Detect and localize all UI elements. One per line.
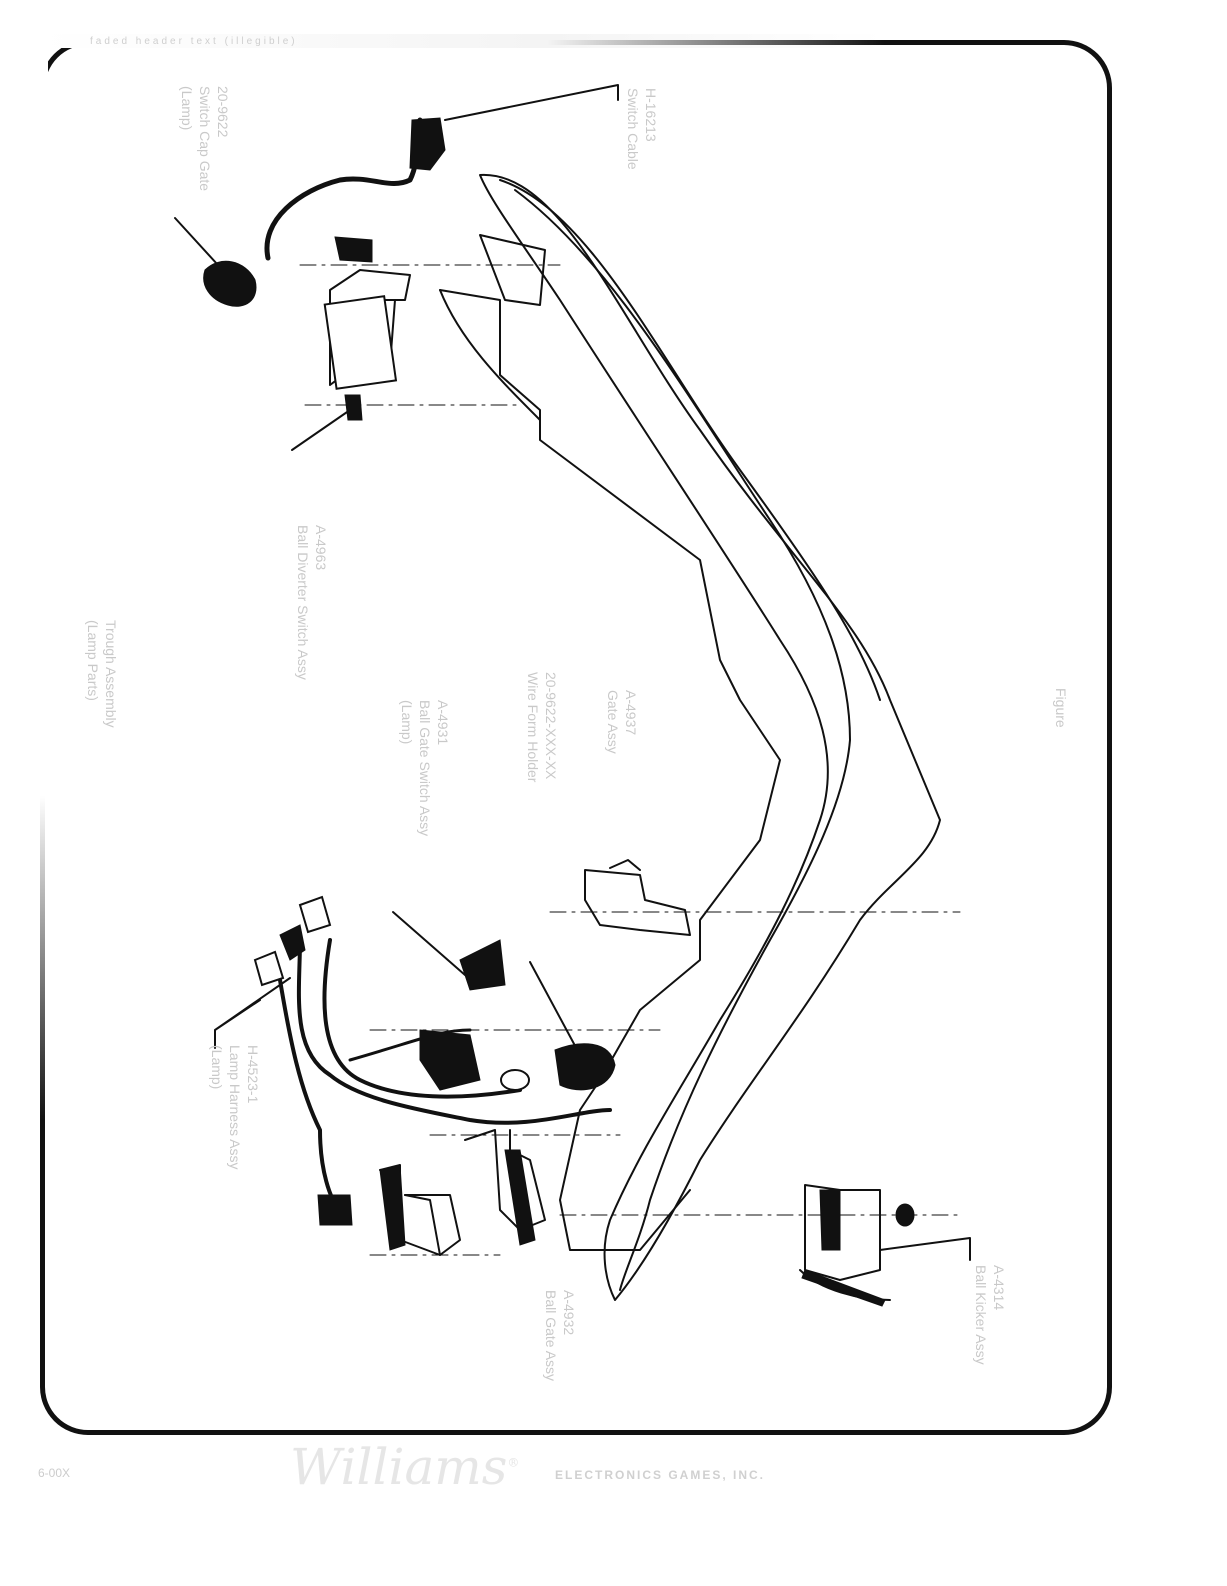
- bracket-dark-plate: [380, 1165, 405, 1250]
- gate-bracket-dark: [460, 940, 505, 990]
- center-bracket: [585, 870, 690, 935]
- brand-mark: ®: [507, 1455, 519, 1469]
- lower-switch-body: [318, 1195, 352, 1225]
- label-figure: Figure: [1052, 688, 1070, 728]
- ball-kicker-frame: [805, 1185, 880, 1280]
- switch-cap: [204, 261, 256, 306]
- switch-cable-connector: [410, 118, 445, 170]
- harness-connector-2: [300, 897, 330, 932]
- diverter-switch-block: [335, 237, 372, 262]
- trough-wall-plate: [440, 290, 780, 1250]
- label-ball-diverter-switch: A-4963 Ball Diverter Switch Assy: [294, 525, 330, 680]
- label-ball-kicker: A-4314 Ball Kicker Assy: [972, 1265, 1008, 1365]
- label-wire-form: 20-9622-XXX-XX Wire Form Holder: [524, 672, 560, 782]
- gate-switch-body: [420, 1030, 480, 1090]
- footer-company-name: ELECTRONICS GAMES, INC.: [555, 1468, 765, 1482]
- label-trough-assembly: Trough Assembly (Lamp Parts): [84, 620, 120, 728]
- gate-assy-bracket: [465, 1130, 545, 1230]
- trough-inner-edge-2: [515, 190, 850, 1290]
- diverter-switch-housing: [325, 296, 396, 389]
- lamp-socket: [555, 1044, 615, 1090]
- label-switch-cable: H-16213 Switch Cable: [624, 88, 660, 170]
- kicker-spring: [802, 1270, 885, 1306]
- label-ball-gate-switch: A-4931 Ball Gate Switch Assy (Lamp): [398, 700, 452, 836]
- footer-page-number: 6-00X: [38, 1466, 70, 1480]
- label-ball-gate-assy: A-4932 Ball Gate Assy: [542, 1290, 578, 1381]
- lamp-bulb: [501, 1070, 529, 1090]
- footer-brand-logo: Williams®: [290, 1438, 519, 1496]
- diverter-actuator: [345, 395, 362, 420]
- exploded-parts-drawing: [0, 0, 1227, 1586]
- label-switch-cap: 20-9622 Switch Cap Gate (Lamp): [178, 86, 232, 191]
- label-lamp-harness: H-4523-1 Lamp Harness Assy (Lamp): [208, 1045, 262, 1170]
- kicker-coil-dark: [820, 1190, 840, 1250]
- trough-end-bracket: [480, 235, 545, 305]
- label-gate-assy: A-4937 Gate Assy: [604, 690, 640, 754]
- trough-inner-edge: [500, 180, 880, 700]
- brand-name: Williams: [290, 1438, 507, 1496]
- harness-connector-3: [255, 952, 283, 985]
- kicker-plunger-cap: [896, 1204, 914, 1226]
